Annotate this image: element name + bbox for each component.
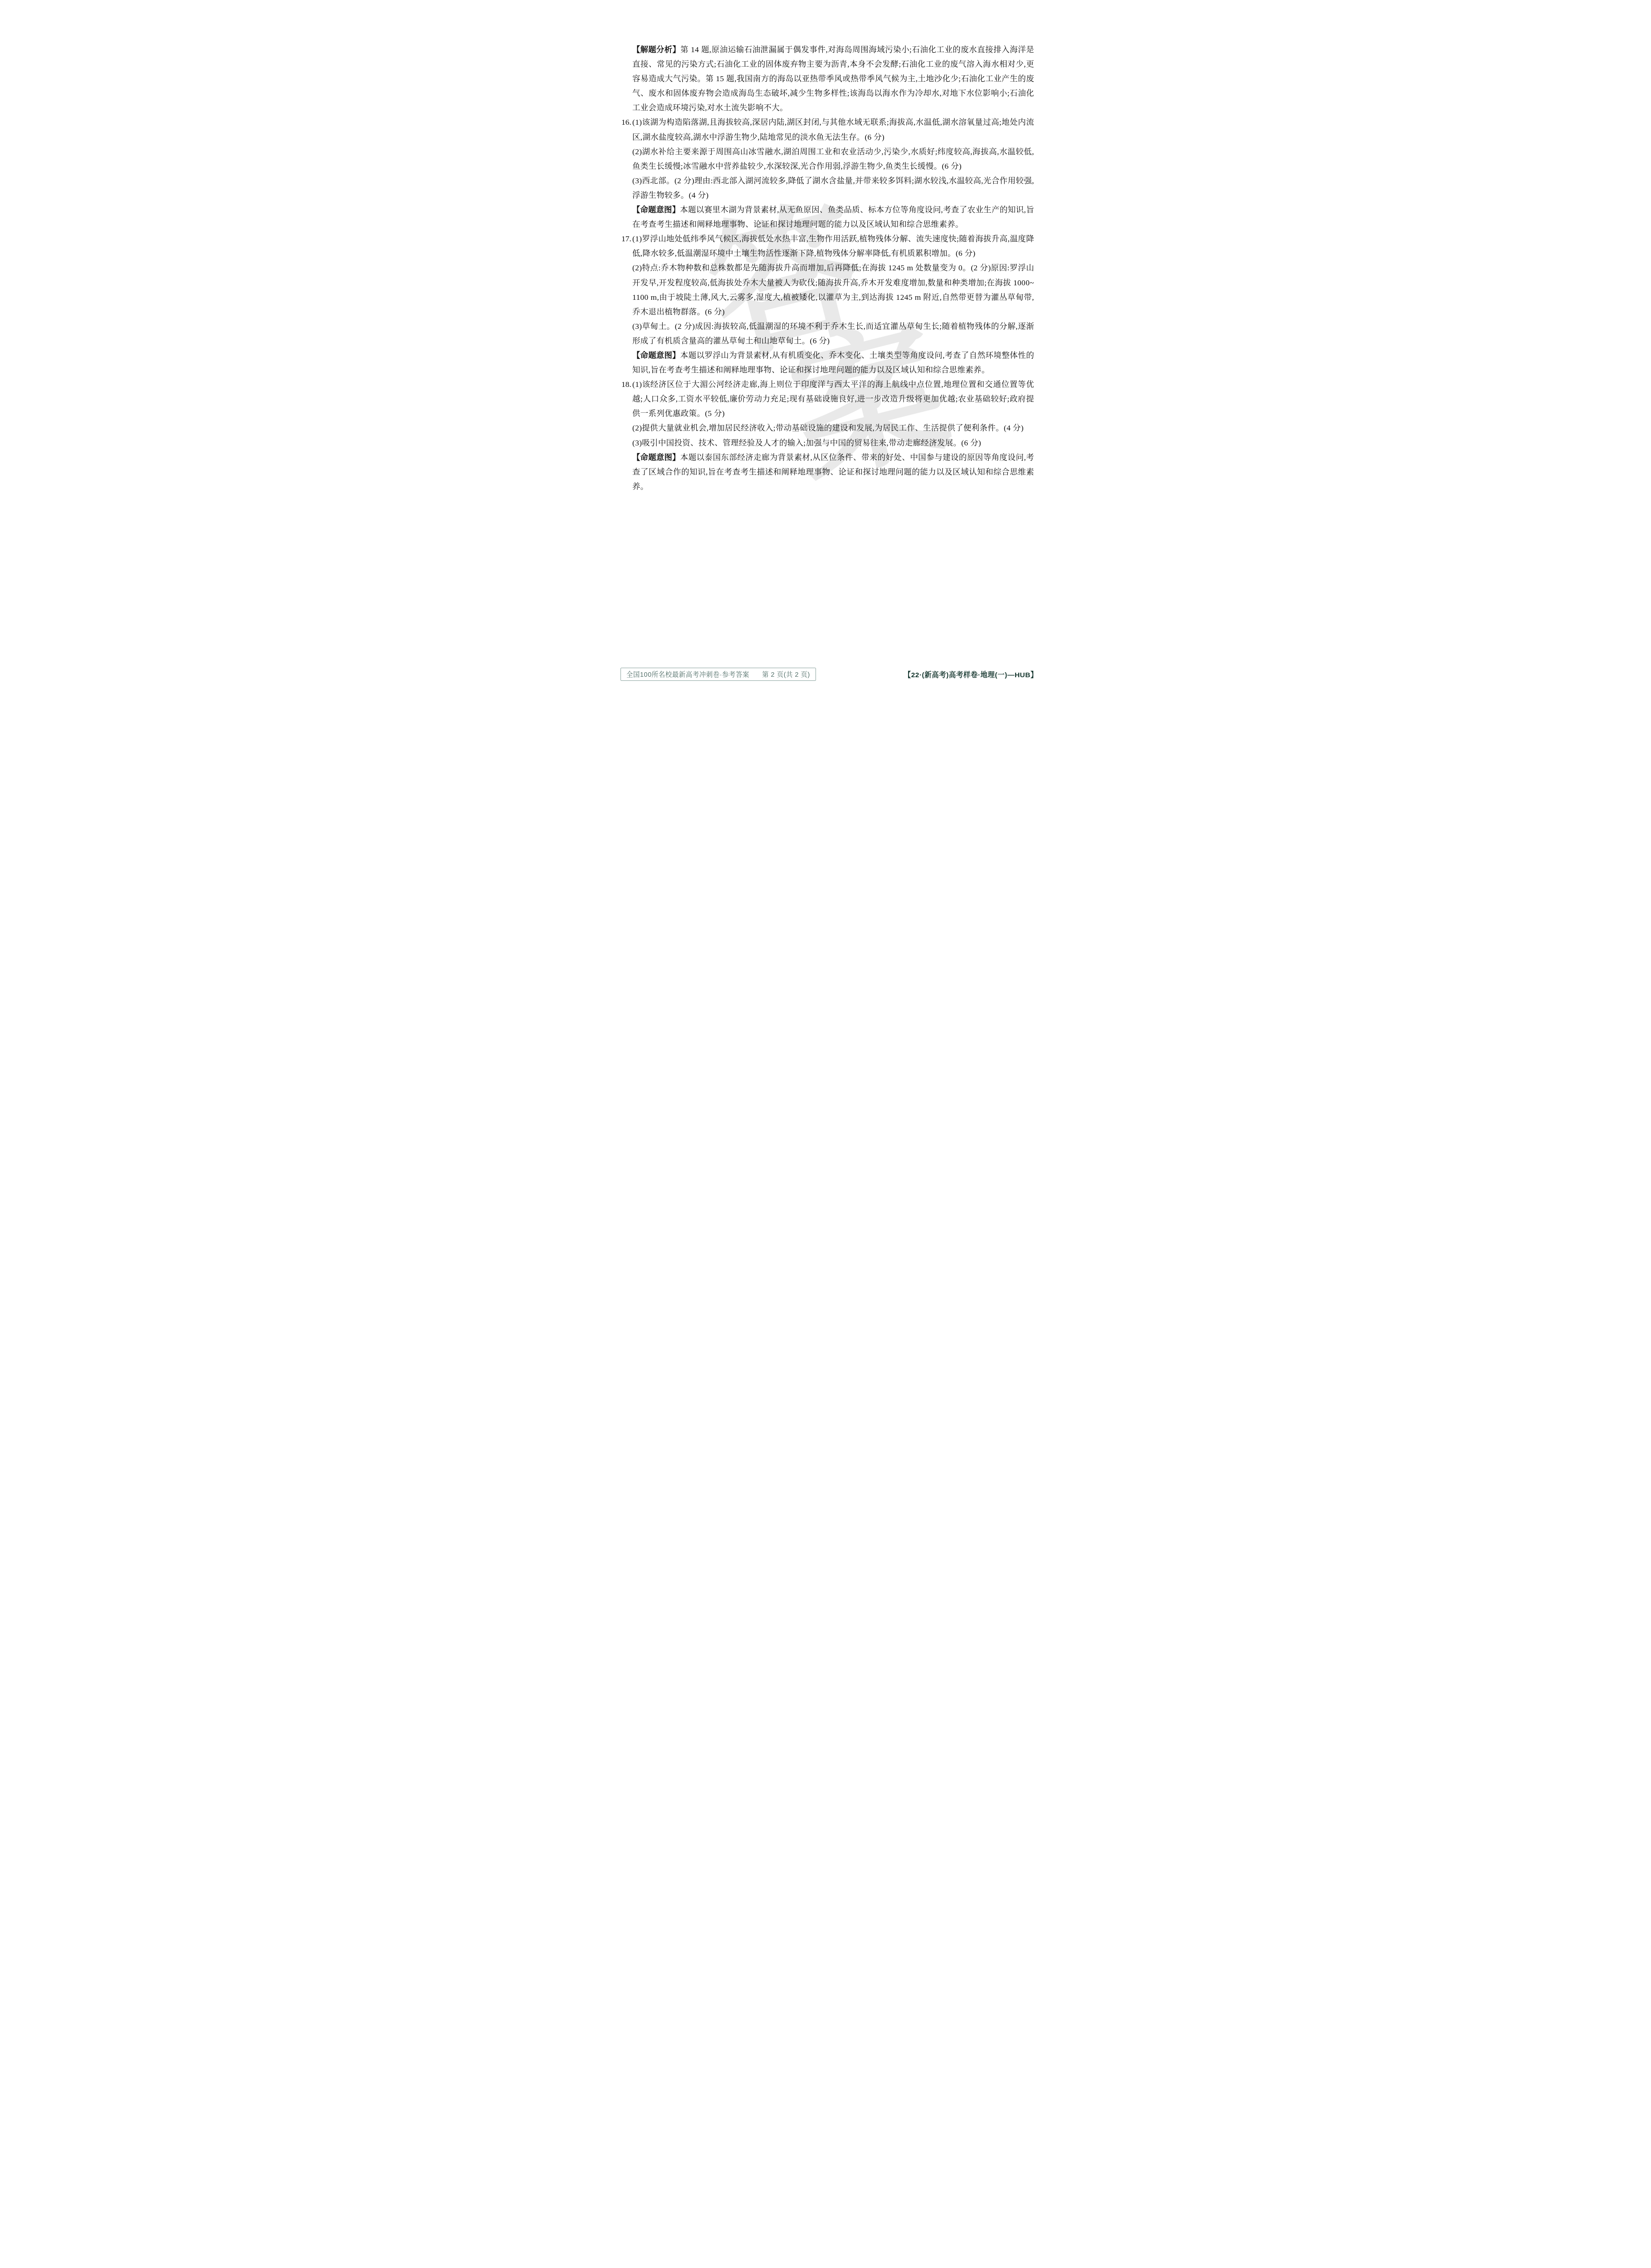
footer-edition-code: 【22·(新高考)高考样卷·地理(一)—HUB】 xyxy=(904,670,1038,679)
analysis-text: 第 14 题,原油运输石油泄漏属于偶发事件,对海岛周围海域污染小;石油化工业的废… xyxy=(632,45,1034,112)
answer-paragraph: (2)特点:乔木物种数和总株数都是先随海拔升高而增加,后再降低;在海拔 1245… xyxy=(632,260,1034,318)
answer-paragraph: (3)西北部。(2 分)理由:西北部入湖河流较多,降低了湖水含盐量,并带来较多饵… xyxy=(632,173,1034,202)
intent-paragraph: 【命题意图】本题以泰国东部经济走廊为背景素材,从区位条件、带来的好处、中国参与建… xyxy=(632,450,1034,494)
answer-paragraph: (1)罗浮山地处低纬季风气候区,海拔低处水热丰富,生物作用活跃,植物残体分解、流… xyxy=(632,231,1034,260)
answer-paragraph: (2)湖水补给主要来源于周围高山冰雪融水,湖泊周围工业和农业活动少,污染少,水质… xyxy=(632,144,1034,173)
item-number: 18. xyxy=(621,377,631,391)
intent-paragraph: 【命题意图】本题以赛里木湖为背景素材,从无鱼原因、鱼类品质、标本方位等角度设问,… xyxy=(632,202,1034,231)
intent-paragraph: 【命题意图】本题以罗浮山为背景素材,从有机质变化、乔木变化、土壤类型等角度设问,… xyxy=(632,348,1034,377)
answer-item-18: 18. (1)该经济区位于大湄公河经济走廊,海上则位于印度洋与西太平洋的海上航线… xyxy=(632,377,1034,494)
analysis-label: 【解题分析】 xyxy=(632,45,680,54)
answer-paragraph: (3)吸引中国投资、技术、管理经验及人才的输入;加强与中国的贸易往来,带动走廊经… xyxy=(632,435,1034,450)
intent-text: 本题以罗浮山为背景素材,从有机质变化、乔木变化、土壤类型等角度设问,考查了自然环… xyxy=(632,351,1034,374)
item-number: 17. xyxy=(621,231,631,246)
answer-paragraph: (2)提供大量就业机会,增加居民经济收入;带动基础设施的建设和发展,为居民工作、… xyxy=(632,420,1034,435)
footer-exam-title: 全国100所名校最新高考冲刺卷·参考答案 xyxy=(626,670,749,679)
footer-exam-title-box: 全国100所名校最新高考冲刺卷·参考答案 第 2 页(共 2 页) xyxy=(620,668,816,681)
intent-label: 【命题意图】 xyxy=(632,453,680,462)
analysis-paragraph: 【解题分析】第 14 题,原油运输石油泄漏属于偶发事件,对海岛周围海域污染小;石… xyxy=(632,42,1034,115)
intent-label: 【命题意图】 xyxy=(632,205,680,214)
answer-paragraph: (1)该湖为构造陷落湖,且海拔较高,深居内陆,湖区封闭,与其他水域无联系;海拔高… xyxy=(632,115,1034,144)
answer-paragraph: (3)草甸土。(2 分)成因:海拔较高,低温潮湿的环境不利于乔木生长,而适宜灌丛… xyxy=(632,319,1034,348)
page-footer: 全国100所名校最新高考冲刺卷·参考答案 第 2 页(共 2 页) 【22·(新… xyxy=(578,668,1073,681)
answer-item-16: 16. (1)该湖为构造陷落湖,且海拔较高,深居内陆,湖区封闭,与其他水域无联系… xyxy=(632,115,1034,231)
intent-text: 本题以赛里木湖为背景素材,从无鱼原因、鱼类品质、标本方位等角度设问,考查了农业生… xyxy=(632,205,1034,229)
item-number: 16. xyxy=(621,115,631,129)
answer-content: 【解题分析】第 14 题,原油运输石油泄漏属于偶发事件,对海岛周围海域污染小;石… xyxy=(578,42,1073,494)
answer-paragraph: (1)该经济区位于大湄公河经济走廊,海上则位于印度洋与西太平洋的海上航线中点位置… xyxy=(632,377,1034,420)
intent-text: 本题以泰国东部经济走廊为背景素材,从区位条件、带来的好处、中国参与建设的原因等角… xyxy=(632,453,1034,491)
intent-label: 【命题意图】 xyxy=(632,351,680,360)
answer-item-17: 17. (1)罗浮山地处低纬季风气候区,海拔低处水热丰富,生物作用活跃,植物残体… xyxy=(632,231,1034,377)
answer-sheet-page: 答 案 【解题分析】第 14 题,原油运输石油泄漏属于偶发事件,对海岛周围海域污… xyxy=(578,0,1073,696)
footer-page-number: 第 2 页(共 2 页) xyxy=(762,670,810,679)
